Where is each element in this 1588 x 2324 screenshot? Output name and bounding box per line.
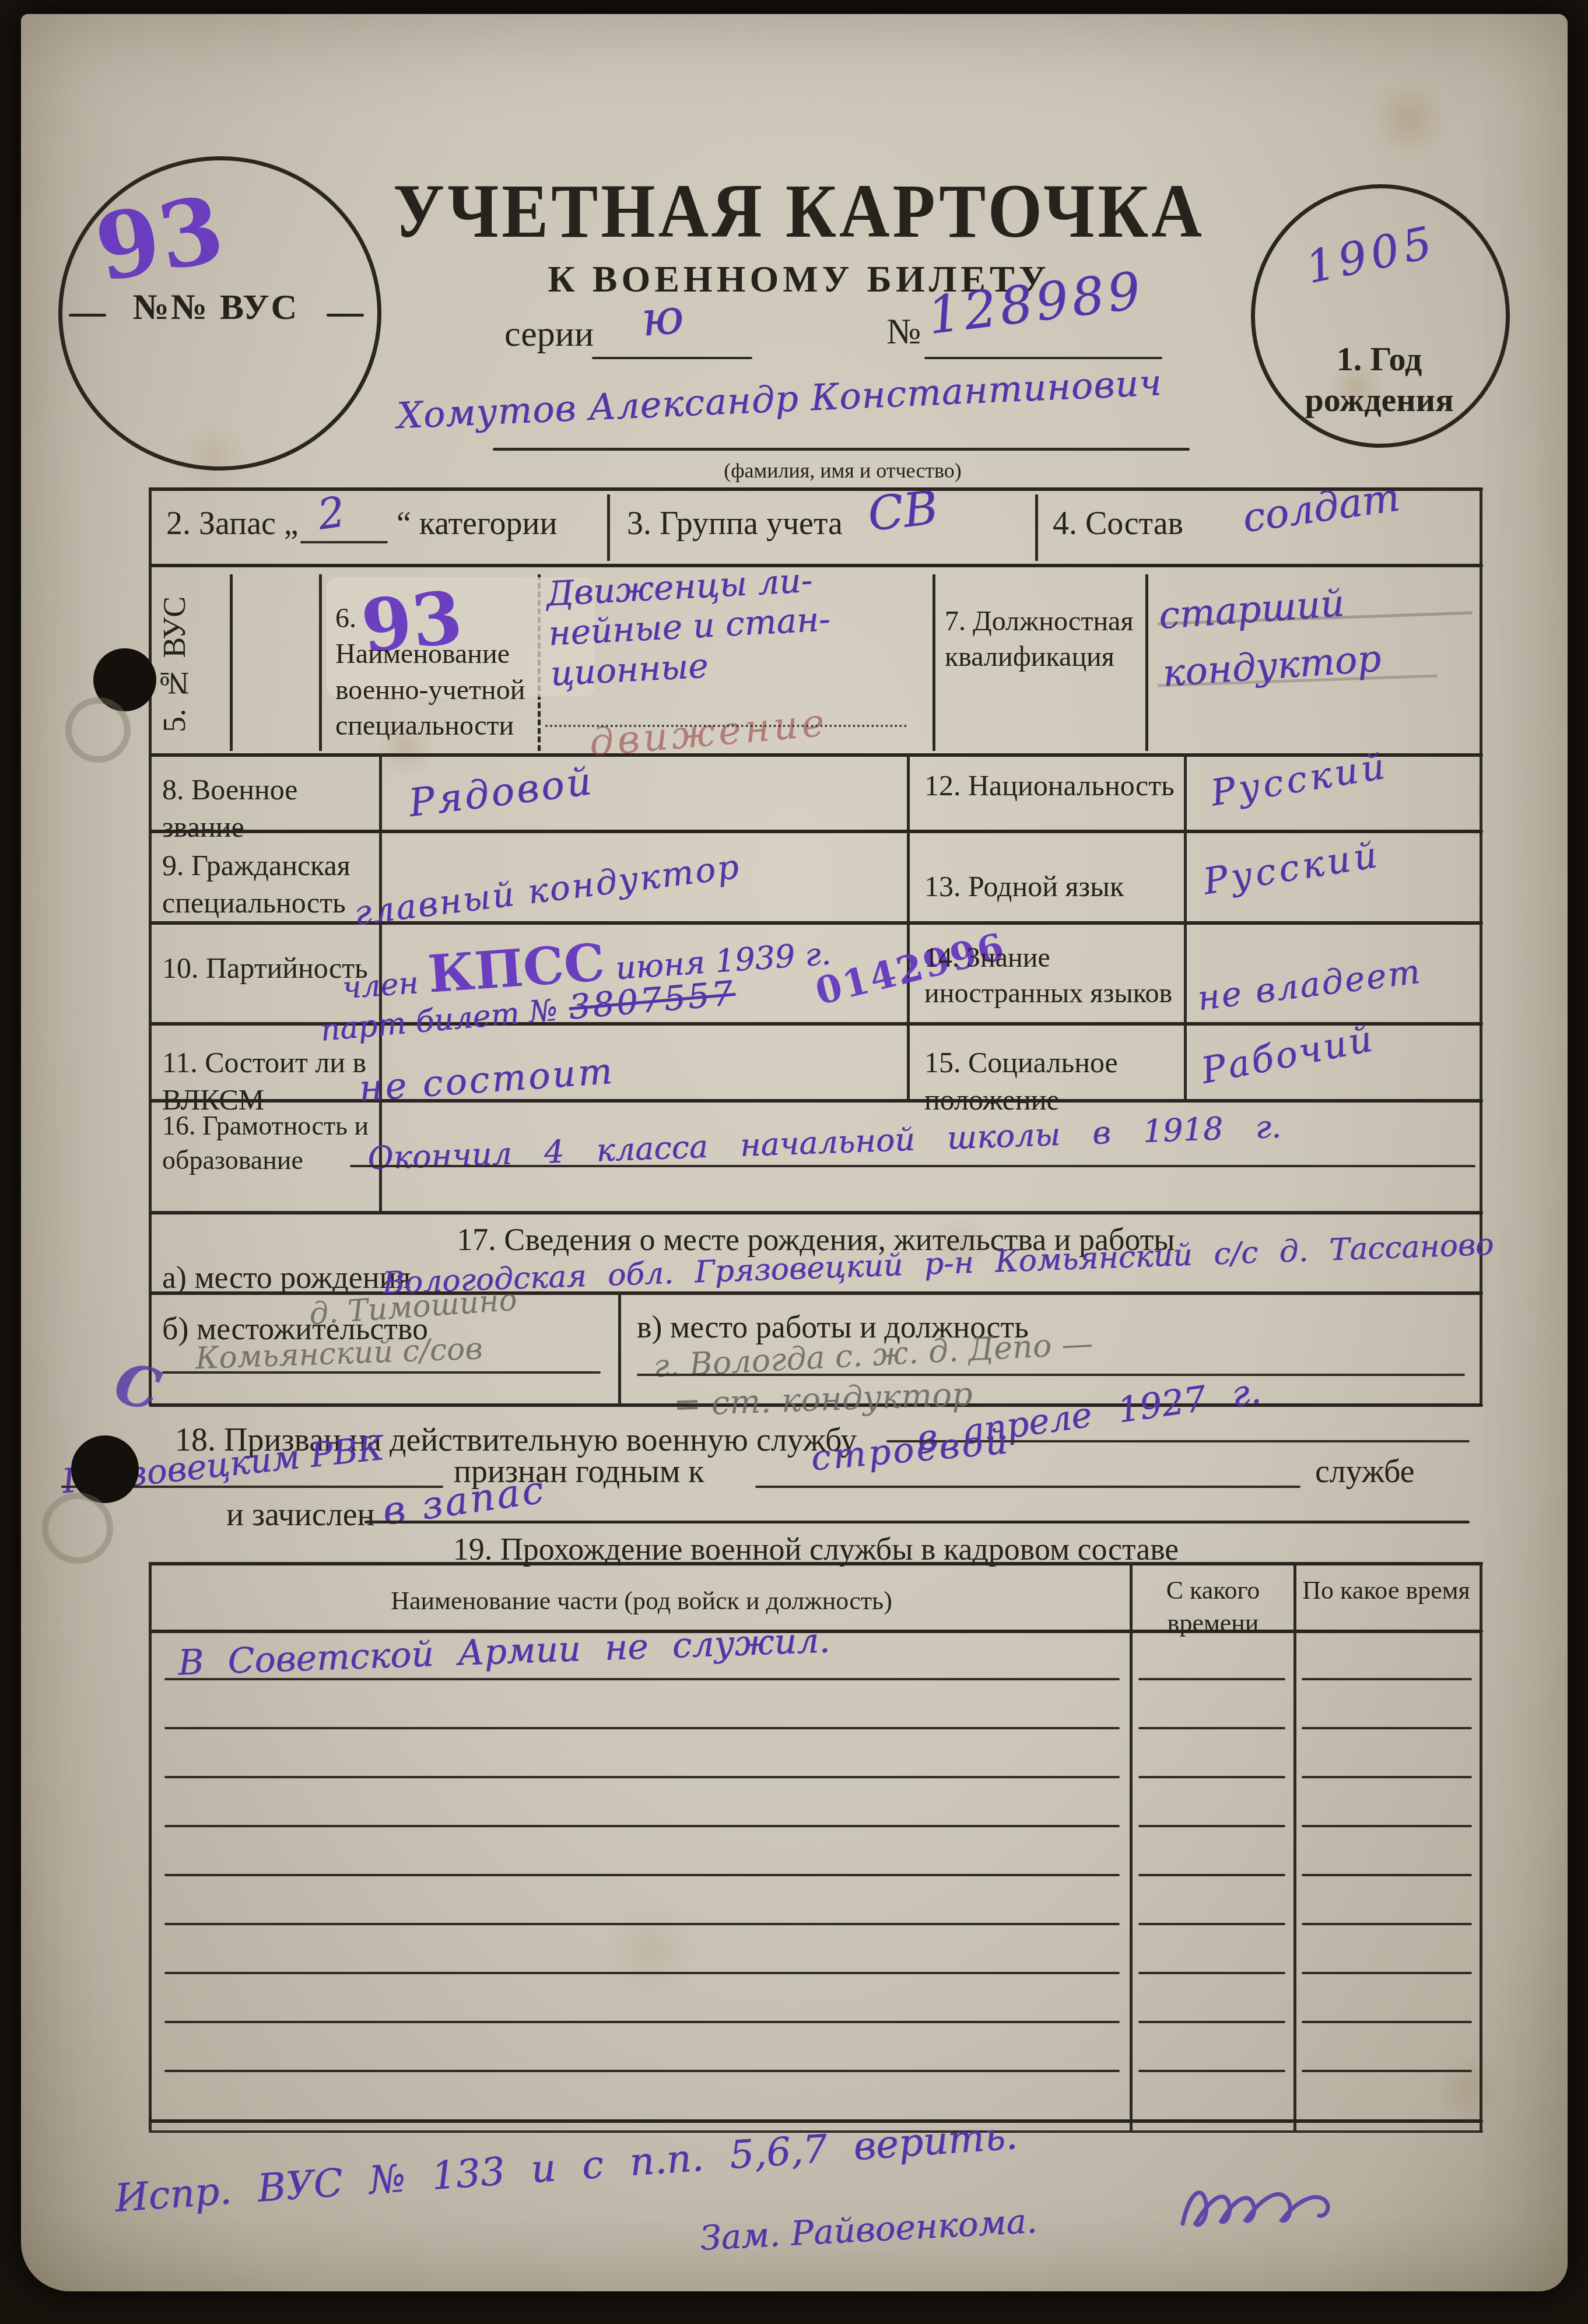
- field-15-label: 15. Социальное положение: [924, 1044, 1175, 1118]
- table-row-rule: [1302, 2070, 1472, 2072]
- section-18-underline2b: [755, 1486, 1300, 1488]
- signature-scribble: [1172, 2168, 1347, 2244]
- number-label: №: [886, 311, 921, 353]
- table-row-rule: [1138, 1678, 1285, 1680]
- divider: [149, 487, 152, 1406]
- field-16-label: 16. Грамотность и образование: [162, 1109, 372, 1178]
- table-row-rule: [164, 1727, 1120, 1729]
- divider: [1293, 1562, 1296, 2130]
- number-underline: [924, 357, 1162, 359]
- divider: [933, 574, 935, 751]
- table-row-rule: [1138, 2070, 1285, 2072]
- field-2-label-post: “ категории: [397, 505, 557, 542]
- field-12-label: 12. Национальность: [924, 767, 1175, 804]
- table-row-rule: [1302, 1972, 1472, 1974]
- section-17a-label: а) место рождения: [162, 1259, 411, 1296]
- birth-year-label-line2: рождения: [1268, 380, 1490, 419]
- divider: [149, 2119, 1483, 2123]
- divider: [69, 314, 106, 317]
- divider: [149, 1562, 1483, 1565]
- series-label: серии: [504, 314, 594, 355]
- table-row-rule: [164, 1923, 1120, 1925]
- hole-punch-ghost-ring: [65, 697, 131, 763]
- divider: [1035, 494, 1038, 561]
- divider: [149, 753, 1483, 757]
- divider: [149, 1562, 152, 2130]
- vus-stamp-label: №№ ВУС: [87, 287, 344, 328]
- table-row-rule: [164, 1825, 1120, 1827]
- field-5-label: 5. № ВУС: [156, 577, 226, 751]
- table-row-rule: [164, 1874, 1120, 1876]
- divider: [149, 1211, 1483, 1214]
- field-3-value: СВ: [865, 480, 940, 542]
- divider: [319, 574, 322, 751]
- name-underline: [493, 448, 1190, 451]
- table-row-rule: [1302, 1923, 1472, 1925]
- section-18-label3: и зачислен: [226, 1496, 374, 1533]
- table-row-rule: [1138, 1776, 1285, 1778]
- divider: [230, 574, 233, 751]
- table-row-rule: [1302, 1825, 1472, 1827]
- field-7-label: 7. Должностная квалификация: [945, 603, 1137, 675]
- field-6-value: Движенцы ли- нейные и стан- ционные: [545, 559, 833, 693]
- field-8-label: 8. Военное звание: [162, 771, 372, 845]
- divider: [1184, 753, 1187, 1099]
- table-row-rule: [164, 1972, 1120, 1974]
- field-14-label: 14. Знание иностранных языков: [924, 940, 1175, 1012]
- table-row-rule: [1138, 1727, 1285, 1729]
- table-row-rule: [164, 1678, 1120, 1680]
- table-row-rule: [1138, 1874, 1285, 1876]
- field-11-label: 11. Состоит ли в ВЛКСМ: [162, 1044, 390, 1118]
- table-row-rule: [1302, 2021, 1472, 2023]
- table-row-rule: [1138, 1923, 1285, 1925]
- table-row-rule: [1138, 1825, 1285, 1827]
- field-2-label-pre: 2. Запас „: [166, 505, 299, 542]
- field-6-label: 6. Наименование военно-учетной специальн…: [335, 601, 537, 744]
- table-row-rule: [1302, 1874, 1472, 1876]
- divider: [618, 1291, 621, 1403]
- field-13-label: 13. Родной язык: [924, 868, 1175, 905]
- vus-stamp-number: 93: [88, 175, 232, 303]
- service-table-col3-header: По какое время: [1302, 1574, 1471, 1607]
- table-row-rule: [1302, 1678, 1472, 1680]
- table-row-rule: [164, 1776, 1120, 1778]
- section-17b-underline: [162, 1371, 601, 1374]
- table-row-rule: [1302, 1727, 1472, 1729]
- section-18-label2-post: службе: [1315, 1453, 1415, 1490]
- series-underline: [592, 357, 752, 359]
- divider: [607, 494, 610, 561]
- scanned-military-card: { "page": { "stamp_left": { "number": "9…: [0, 0, 1588, 2324]
- divider: [545, 725, 907, 727]
- field-10-value-pre: член: [341, 966, 419, 1006]
- field-16-underline: [350, 1165, 1475, 1167]
- table-row-rule: [1302, 1776, 1472, 1778]
- birth-year-label-line1: 1. Год: [1280, 339, 1478, 378]
- hole-punch-ghost-ring: [42, 1493, 113, 1564]
- table-row-rule: [164, 2070, 1120, 2072]
- section-17c-underline: [637, 1374, 1465, 1376]
- table-row-rule: [1138, 2021, 1285, 2023]
- divider: [1145, 574, 1148, 751]
- field-2-underline: [300, 541, 388, 543]
- series-value: ю: [639, 289, 686, 347]
- name-caption: (фамилия, имя и отчество): [551, 458, 1134, 483]
- divider: [364, 1521, 1470, 1523]
- divider: [1480, 1562, 1482, 2130]
- divider: [1480, 487, 1482, 1406]
- service-table-col1-header: Наименование части (род войск и должност…: [332, 1585, 951, 1617]
- field-3-label: 3. Группа учета: [627, 505, 843, 542]
- divider: [327, 314, 364, 317]
- page-title: УЧЕТНАЯ КАРТОЧКА: [373, 167, 1225, 255]
- field-4-label: 4. Состав: [1053, 505, 1183, 542]
- divider: [1130, 1562, 1133, 2130]
- field-9-label: 9. Гражданская специальность: [162, 847, 372, 921]
- table-row-rule: [164, 2021, 1120, 2023]
- divider: [907, 753, 910, 1099]
- service-table-col2-header: С какого времени: [1137, 1574, 1289, 1640]
- table-row-rule: [1138, 1972, 1285, 1974]
